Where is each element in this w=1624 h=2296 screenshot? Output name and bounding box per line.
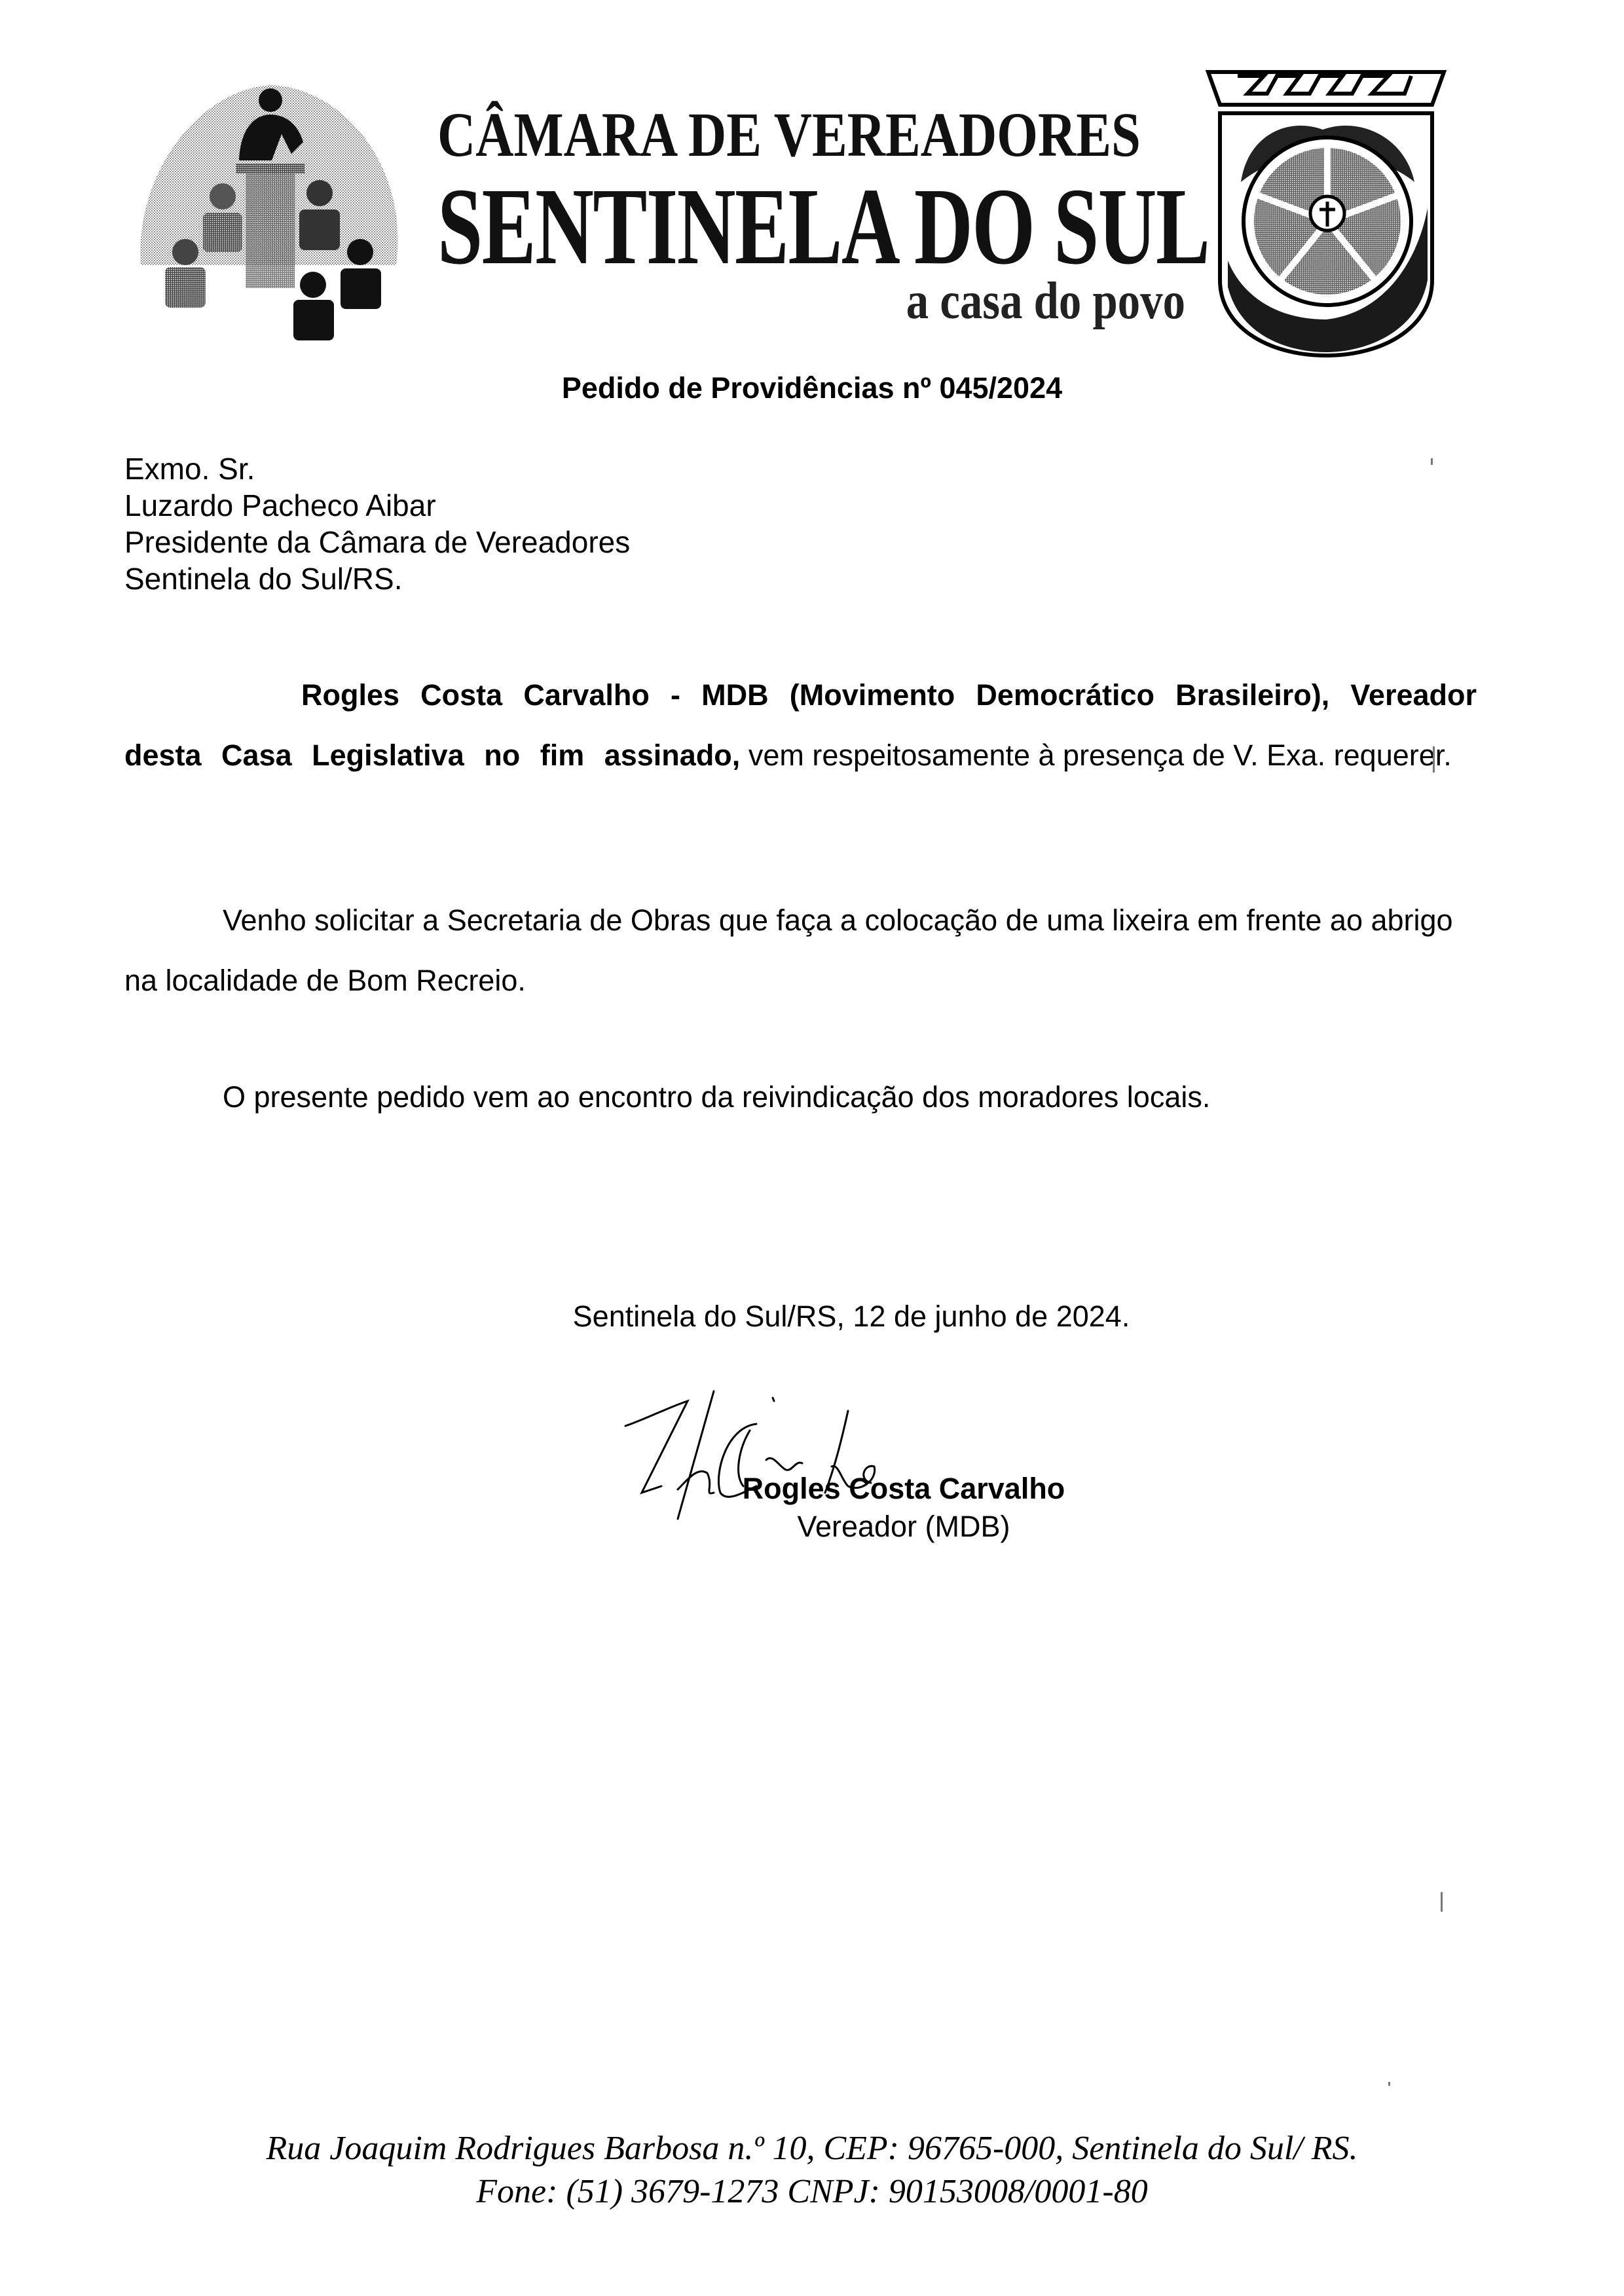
people-assembly-logo-icon [128, 69, 403, 350]
scan-artifact [1388, 2082, 1390, 2086]
addressee-block: Exmo. Sr. Luzardo Pacheco Aibar Presiden… [124, 450, 630, 597]
intro-request-text: vem respeitosamente à presença de V. Exa… [740, 738, 1451, 772]
scan-artifact [1441, 1892, 1443, 1912]
scan-artifact [1433, 746, 1435, 773]
justification-text: O presente pedido vem ao encontro da rei… [223, 1080, 1210, 1114]
addressee-salutation: Exmo. Sr. [124, 450, 630, 487]
footer-address: Rua Joaquim Rodrigues Barbosa n.º 10, CE… [0, 2132, 1624, 2166]
document-title: Pedido de Providências nº 045/2024 [0, 371, 1624, 406]
signer-name: Rogles Costa Carvalho [0, 1472, 1624, 1506]
institution-name-line1: CÂMARA DE VEREADORES [437, 103, 1070, 166]
justification-paragraph: O presente pedido vem ao encontro da rei… [124, 1067, 1477, 1127]
addressee-name: Luzardo Pacheco Aibar [124, 487, 630, 524]
institution-slogan: a casa do povo [881, 275, 1185, 327]
municipal-coat-of-arms-icon [1202, 64, 1450, 365]
request-text: Venho solicitar a Secretaria de Obras qu… [124, 903, 1453, 997]
signer-role: Vereador (MDB) [0, 1510, 1624, 1544]
addressee-title: Presidente da Câmara de Vereadores [124, 524, 630, 560]
addressee-location: Sentinela do Sul/RS. [124, 560, 630, 597]
intro-paragraph: Rogles Costa Carvalho - MDB (Movimento D… [124, 665, 1477, 786]
footer-contact: Fone: (51) 3679-1273 CNPJ: 90153008/0001… [0, 2175, 1624, 2209]
place-and-date: Sentinela do Sul/RS, 12 de junho de 2024… [0, 1300, 1624, 1334]
institution-name-line2: SENTINELA DO SUL [437, 172, 1019, 282]
scan-artifact [1431, 458, 1433, 465]
request-paragraph: Venho solicitar a Secretaria de Obras qu… [124, 890, 1477, 1011]
